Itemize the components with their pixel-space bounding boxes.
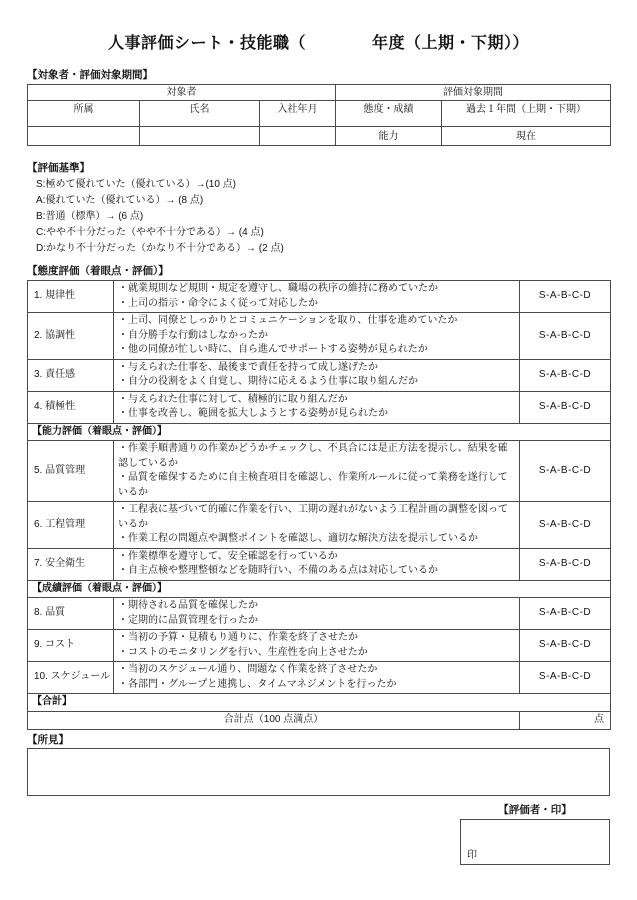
remarks-box[interactable]	[27, 748, 610, 796]
category-label: 2. 協調性	[28, 313, 114, 360]
evaluation-sheet: 人事評価シート・技能職（ 年度（上期・下期）） 【対象者・評価対象期間】 対象者…	[27, 30, 610, 865]
rating-cell[interactable]: S-A-B-C-D	[520, 281, 611, 313]
table-row: 9. コスト ・当初の予算・見積もり通りに、作業を終了させたか ・コストのモニタ…	[28, 630, 611, 662]
total-label-cell: 合計点（100 点満点）	[28, 711, 520, 729]
criteria-section-heading: 【評価基準】	[27, 160, 610, 175]
criteria-cell: ・上司、同僚としっかりとコミュニケーションを取り、仕事を進めていたか ・自分勝手…	[114, 313, 520, 360]
rating-cell[interactable]: S-A-B-C-D	[520, 391, 611, 423]
rating-cell[interactable]: S-A-B-C-D	[520, 313, 611, 360]
department-input[interactable]	[28, 127, 140, 146]
join-date-input[interactable]	[260, 127, 336, 146]
category-label: 7. 安全衛生	[28, 548, 114, 580]
criterion-point: ・他の同僚が忙しい時に、自ら進んでサポートする姿勢が見られたか	[118, 343, 515, 358]
name-input[interactable]	[140, 127, 260, 146]
table-row: 5. 品質管理 ・作業手順書通りの作業かどうかチェックし、不具合には是正方法を提…	[28, 441, 611, 502]
section-label-row: 【合計】	[28, 694, 611, 712]
category-label: 8. 品質	[28, 598, 114, 630]
department-column-header: 所属	[28, 101, 140, 127]
total-section-heading: 【合計】	[28, 694, 611, 712]
table-row: 4. 積極性 ・与えられた仕事に対して、積極的に取り組んだか ・仕事を改善し、範…	[28, 391, 611, 423]
ability-period-value: 現在	[442, 127, 611, 146]
criterion-point: ・与えられた仕事に対して、積極的に取り組んだか	[118, 393, 515, 408]
ability-period-label: 能力	[336, 127, 442, 146]
criterion-point: ・作業工程の問題点や調整ポイントを確認し、適切な解決方法を提示しているか	[118, 532, 515, 547]
category-label: 6. 工程管理	[28, 502, 114, 549]
criteria-cell: ・作業標準を遵守して、安全確認を行っているか ・自主点検や整理整頓などを随時行い…	[114, 548, 520, 580]
criterion-point: ・作業手順書通りの作業かどうかチェックし、不具合には是正方法を提示し、結果を確認…	[118, 442, 515, 471]
criterion-point: ・品質を確保するために自主検査項目を確認し、作業所ルールに従って業務を遂行してい…	[118, 471, 515, 500]
table-row: 1. 規律性 ・就業規則など規則・規定を遵守し、職場の秩序の維持に務めていたか …	[28, 281, 611, 313]
total-score-cell[interactable]: 点	[520, 711, 611, 729]
criterion-point: ・当初の予算・見積もり通りに、作業を終了させたか	[118, 631, 515, 646]
category-label: 1. 規律性	[28, 281, 114, 313]
criterion-point: ・定期的に品質管理を行ったか	[118, 614, 515, 629]
criteria-cell: ・作業手順書通りの作業かどうかチェックし、不具合には是正方法を提示し、結果を確認…	[114, 441, 520, 502]
name-column-header: 氏名	[140, 101, 260, 127]
rating-cell[interactable]: S-A-B-C-D	[520, 359, 611, 391]
criterion-point: ・自主点検や整理整頓などを随時行い、不備のある点は対応しているか	[118, 564, 515, 579]
criterion-point: ・仕事を改善し、範囲を拡大しようとする姿勢が見られたか	[118, 407, 515, 422]
rating-cell[interactable]: S-A-B-C-D	[520, 548, 611, 580]
subject-group-header: 対象者	[28, 85, 336, 101]
attitude-period-value: 過去１年間（上期・下期）	[442, 101, 611, 127]
table-row: 8. 品質 ・期待される品質を確保したか ・定期的に品質管理を行ったか S-A-…	[28, 598, 611, 630]
rating-cell[interactable]: S-A-B-C-D	[520, 441, 611, 502]
page-title: 人事評価シート・技能職（ 年度（上期・下期））	[27, 30, 610, 53]
criterion-point: ・当初のスケジュール通り、問題なく作業を終了させたか	[118, 663, 515, 678]
remarks-section-heading: 【所見】	[27, 732, 610, 747]
criteria-cell: ・当初の予算・見積もり通りに、作業を終了させたか ・コストのモニタリングを行い、…	[114, 630, 520, 662]
section-label-row: 【成績評価（着眼点・評価）】	[28, 580, 611, 598]
criterion-point: ・与えられた仕事を、最後まで責任を持って成し遂げたか	[118, 361, 515, 376]
criterion-point: ・期待される品質を確保したか	[118, 599, 515, 614]
evaluator-seal-box[interactable]: 印	[460, 819, 610, 865]
ability-section-heading: 【能力評価（着眼点・評価）】	[28, 423, 611, 441]
criteria-cell: ・当初のスケジュール通り、問題なく作業を終了させたか ・各部門・グループと連携し…	[114, 662, 520, 694]
target-table: 対象者 評価対象期間 所属 氏名 入社年月 態度・成績 過去１年間（上期・下期）…	[27, 84, 611, 146]
seal-label: 印	[467, 846, 477, 861]
criterion-point: ・作業標準を遵守して、安全確認を行っているか	[118, 550, 515, 565]
criteria-item: S:極めて優れていた（優れている）→(10 点)	[36, 177, 610, 193]
table-row: 6. 工程管理 ・工程表に基づいて的確に作業を行い、工期の遅れがないよう工程計画…	[28, 502, 611, 549]
criteria-cell: ・期待される品質を確保したか ・定期的に品質管理を行ったか	[114, 598, 520, 630]
criteria-item: A:優れていた（優れている）→ (8 点)	[36, 193, 610, 209]
table-row: 10. スケジュール ・当初のスケジュール通り、問題なく作業を終了させたか ・各…	[28, 662, 611, 694]
criteria-cell: ・与えられた仕事を、最後まで責任を持って成し遂げたか ・自分の役割をよく自覚し、…	[114, 359, 520, 391]
attitude-period-label: 態度・成績	[336, 101, 442, 127]
rating-cell[interactable]: S-A-B-C-D	[520, 630, 611, 662]
performance-section-heading: 【成績評価（着眼点・評価）】	[28, 580, 611, 598]
criteria-cell: ・工程表に基づいて的確に作業を行い、工期の遅れがないよう工程計画の調整を図ってい…	[114, 502, 520, 549]
attitude-section-heading: 【態度評価（着眼点・評価）】	[27, 263, 610, 278]
criterion-point: ・上司、同僚としっかりとコミュニケーションを取り、仕事を進めていたか	[118, 314, 515, 329]
rating-criteria-list: S:極めて優れていた（優れている）→(10 点) A:優れていた（優れている）→…	[36, 177, 610, 257]
category-label: 4. 積極性	[28, 391, 114, 423]
criterion-point: ・コストのモニタリングを行い、生産性を向上させたか	[118, 646, 515, 661]
category-label: 3. 責任感	[28, 359, 114, 391]
criterion-point: ・各部門・グループと連携し、タイムマネジメントを行ったか	[118, 678, 515, 693]
evaluator-section-heading: 【評価者・印】	[460, 802, 610, 817]
criteria-item: B:普通（標準）→ (6 点)	[36, 209, 610, 225]
rating-cell[interactable]: S-A-B-C-D	[520, 502, 611, 549]
criteria-cell: ・与えられた仕事に対して、積極的に取り組んだか ・仕事を改善し、範囲を拡大しよう…	[114, 391, 520, 423]
table-row: 2. 協調性 ・上司、同僚としっかりとコミュニケーションを取り、仕事を進めていた…	[28, 313, 611, 360]
criteria-item: C:やや不十分だった（やや不十分である）→ (4 点)	[36, 225, 610, 241]
criteria-item: D:かなり不十分だった（かなり不十分である）→ (2 点)	[36, 241, 610, 257]
category-label: 5. 品質管理	[28, 441, 114, 502]
period-group-header: 評価対象期間	[336, 85, 611, 101]
total-row: 合計点（100 点満点） 点	[28, 711, 611, 729]
rating-cell[interactable]: S-A-B-C-D	[520, 598, 611, 630]
criterion-point: ・就業規則など規則・規定を遵守し、職場の秩序の維持に務めていたか	[118, 282, 515, 297]
rating-cell[interactable]: S-A-B-C-D	[520, 662, 611, 694]
target-section-heading: 【対象者・評価対象期間】	[27, 67, 610, 82]
evaluation-table: 1. 規律性 ・就業規則など規則・規定を遵守し、職場の秩序の維持に務めていたか …	[27, 280, 611, 730]
category-label: 10. スケジュール	[28, 662, 114, 694]
criterion-point: ・自分勝手な行動はしなかったか	[118, 329, 515, 344]
criteria-cell: ・就業規則など規則・規定を遵守し、職場の秩序の維持に務めていたか ・上司の指示・…	[114, 281, 520, 313]
criterion-point: ・上司の指示・命令によく従って対応したか	[118, 297, 515, 312]
category-label: 9. コスト	[28, 630, 114, 662]
evaluator-block: 【評価者・印】 印	[460, 802, 610, 865]
table-row: 3. 責任感 ・与えられた仕事を、最後まで責任を持って成し遂げたか ・自分の役割…	[28, 359, 611, 391]
criterion-point: ・自分の役割をよく自覚し、期待に応えるよう仕事に取り組んだか	[118, 375, 515, 390]
join-date-column-header: 入社年月	[260, 101, 336, 127]
section-label-row: 【能力評価（着眼点・評価）】	[28, 423, 611, 441]
criterion-point: ・工程表に基づいて的確に作業を行い、工期の遅れがないよう工程計画の調整を図ってい…	[118, 503, 515, 532]
table-row: 7. 安全衛生 ・作業標準を遵守して、安全確認を行っているか ・自主点検や整理整…	[28, 548, 611, 580]
